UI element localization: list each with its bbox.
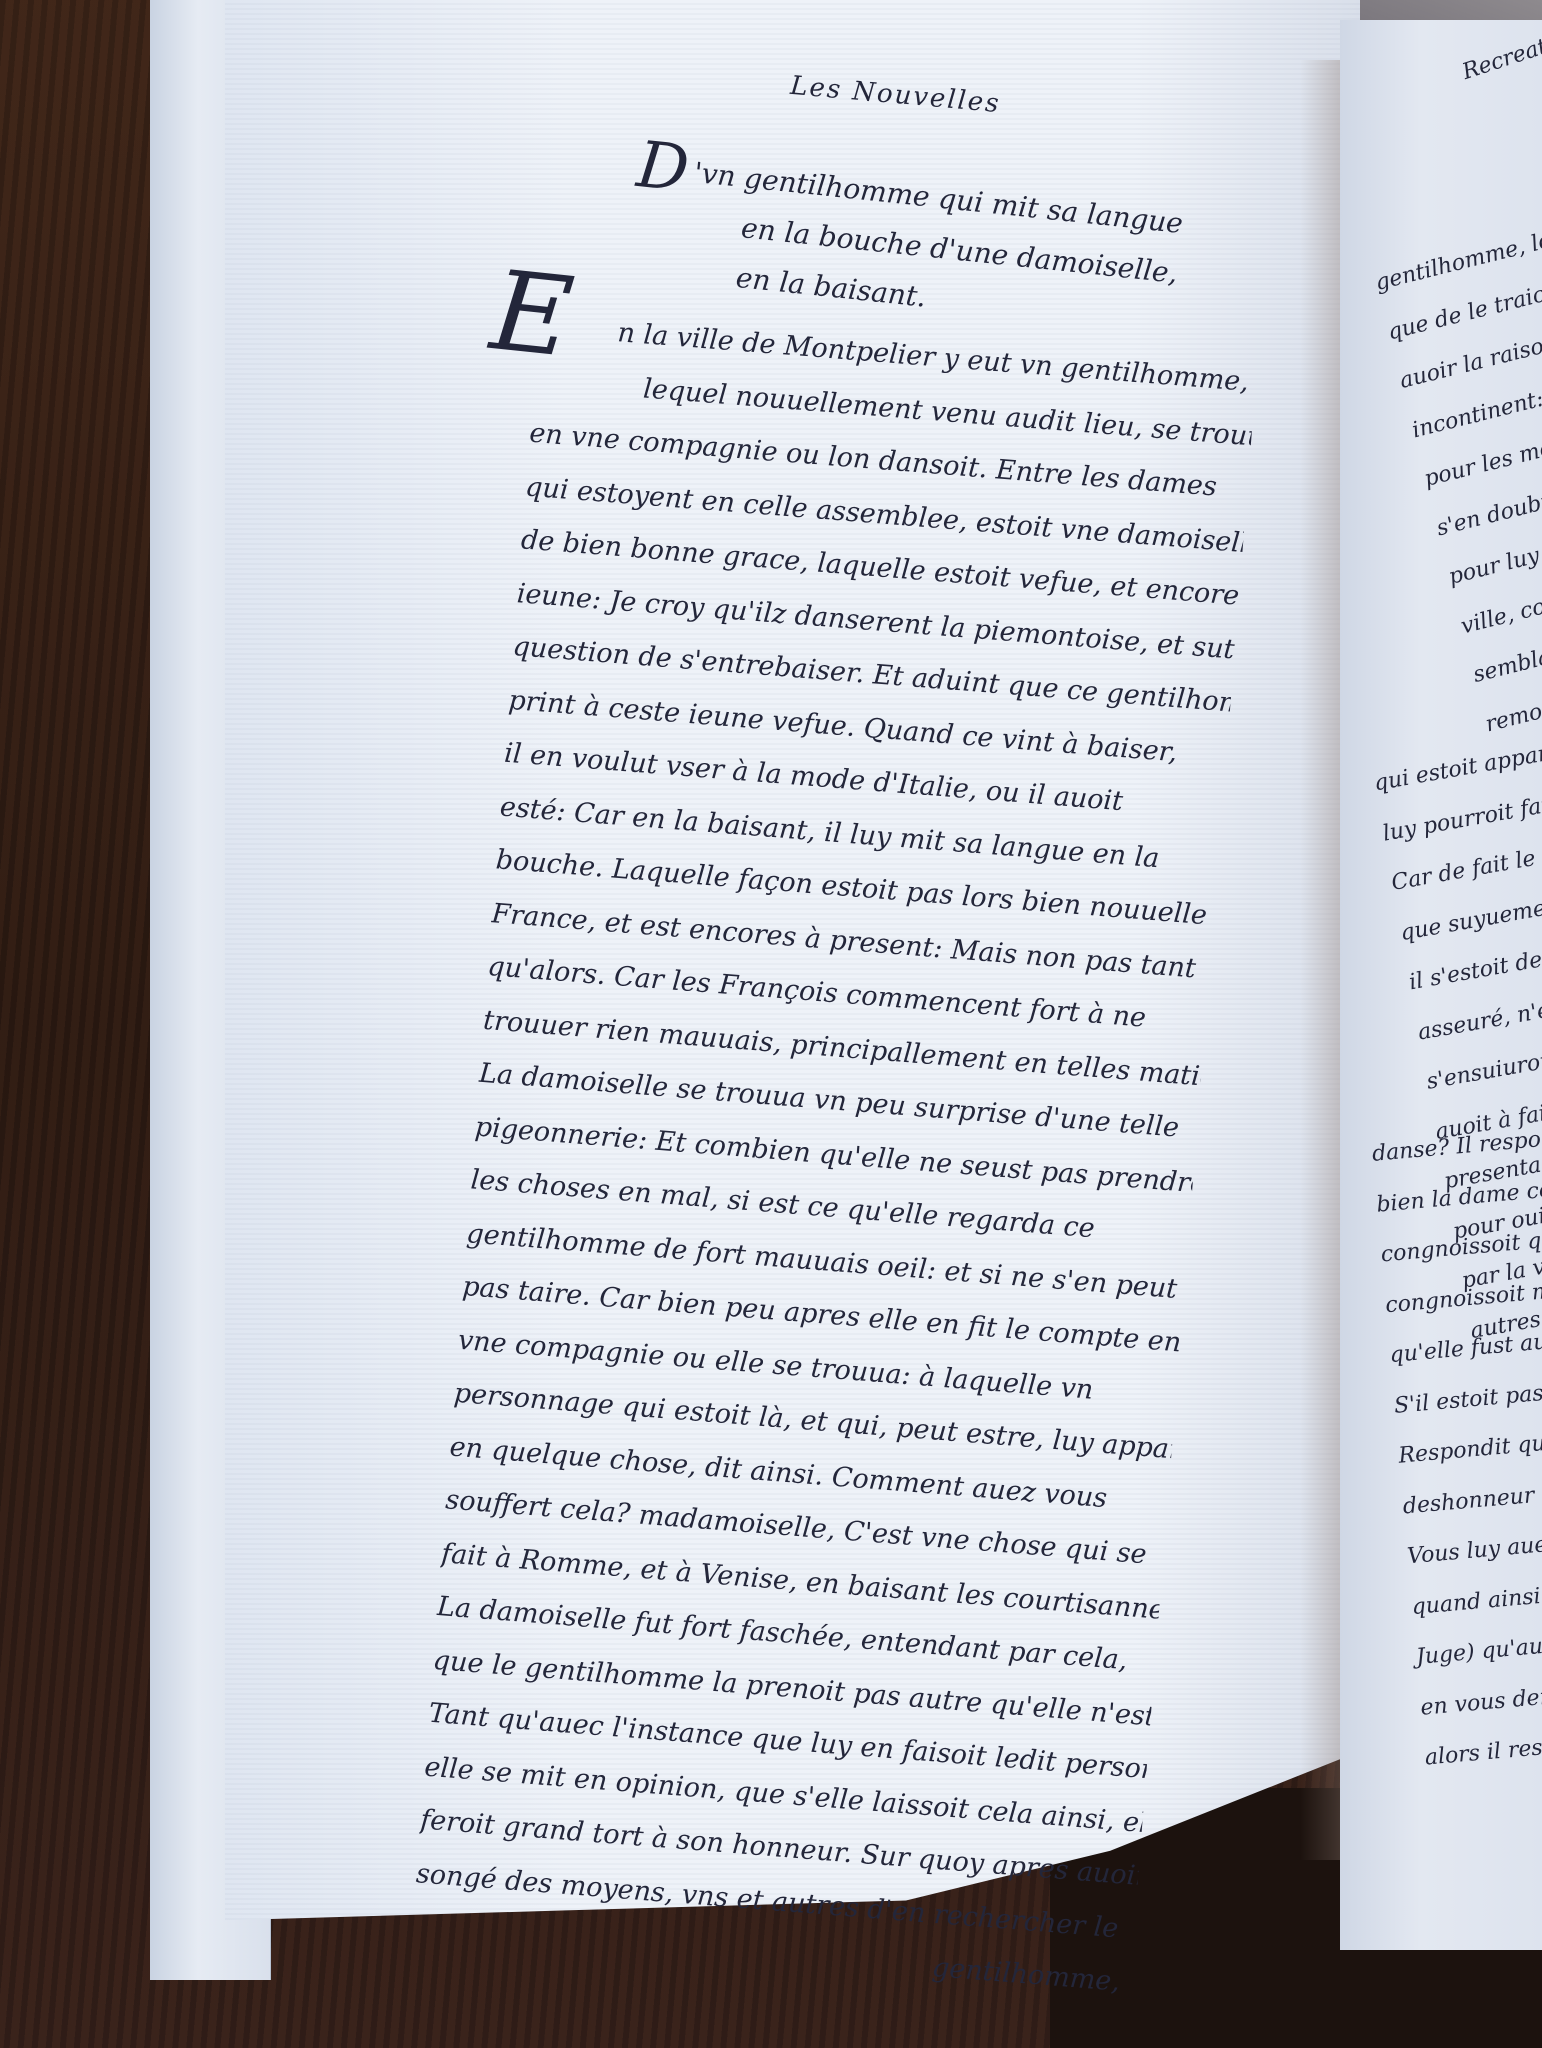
- left-page-body: n la ville de Montpelier y eut vn gentil…: [410, 300, 1258, 2010]
- title-initial: D: [634, 128, 693, 207]
